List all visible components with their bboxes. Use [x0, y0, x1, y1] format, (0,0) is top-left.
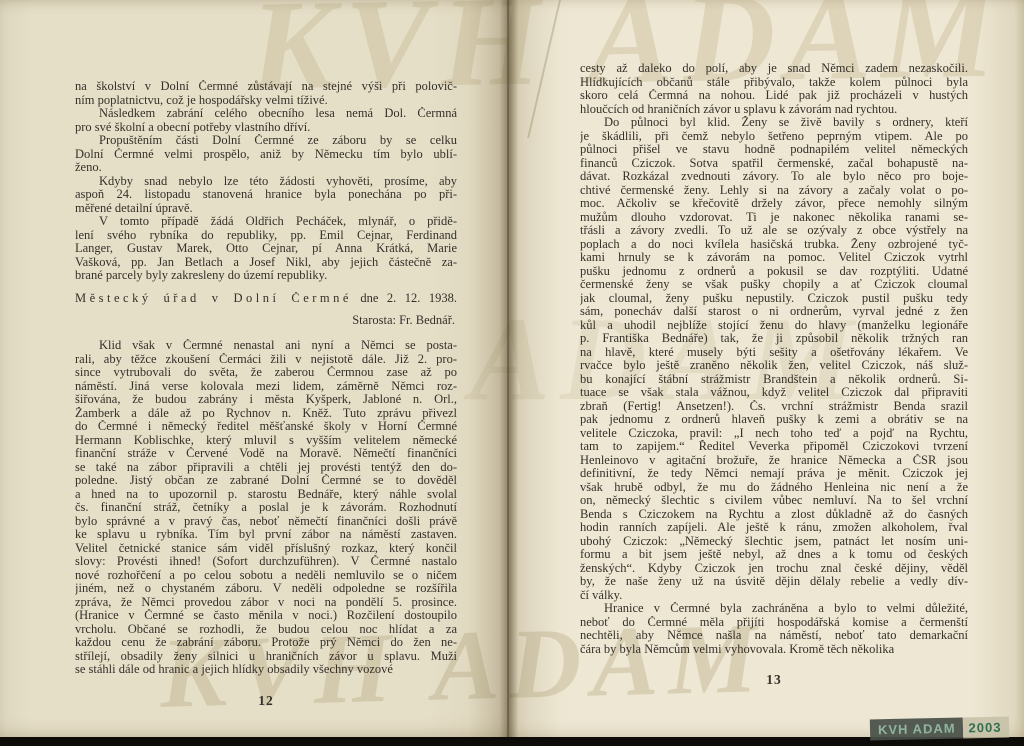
text-line: čí války.: [580, 589, 968, 603]
text-line: Langer, Gustav Marek, Otto Cejnar, pí An…: [75, 242, 457, 256]
text-line: financů Cziczok. Sotva spatřil čermenské…: [580, 157, 968, 171]
office-dateline: Městecký úřad v Dolní Čermné dne 2. 12. …: [75, 292, 457, 307]
text-line: brané parcely byly zakresleny do území r…: [75, 269, 457, 283]
text-line: slovy: Provésti ihned! (Sofort durchzufü…: [75, 555, 457, 569]
text-line: rvačce bylo ještě zraněno několik žen, v…: [580, 359, 968, 373]
text-line: pro své školní a obecní potřeby vlastníh…: [75, 121, 457, 135]
text-line: čermenské ženy se však pušky chopily a a…: [580, 278, 968, 292]
signature-line: Starosta: Fr. Bednář.: [75, 314, 457, 328]
text-line: Klid však v Čermné nenastal ani nyní a N…: [75, 339, 457, 353]
text-line: náměstí. Jiná verse kolovala mezi lidem,…: [75, 380, 457, 394]
text-line: jak cloumal, ženy pušku nepustily. Czicz…: [580, 292, 968, 306]
text-line: třásli a závory zvedli. To už ale se ozý…: [580, 224, 968, 238]
text-line: velitele Cziczoka, pravil: „I nech toho …: [580, 427, 968, 441]
right-page: cesty až daleko do polí, aby je snad Něm…: [508, 0, 1024, 738]
text-line: do Čermné i německý ředitel měšťanské šk…: [75, 420, 457, 434]
text-line: definitivní, že tedy Němci nemají práva …: [580, 467, 968, 481]
text-line: cesty až daleko do polí, aby je snad Něm…: [580, 62, 968, 76]
text-line: Do půlnoci byl klid. Ženy se živě bavily…: [580, 116, 968, 130]
text-line: Žamberk a dále až po Rychnov n. Kněž. Tu…: [75, 407, 457, 421]
paragraph: Kdyby snad nebylo lze této žádosti vyhov…: [75, 175, 457, 216]
text-line: since vytrubovali do světa, že zaberou Č…: [75, 366, 457, 380]
text-line: na školství v Dolní Čermné zůstávají na …: [75, 80, 457, 94]
text-line: finanční stráže v Červené Vodě na Moravě…: [75, 447, 457, 461]
text-line: skoro celá Čermná na nohou. Lidé pak již…: [580, 89, 968, 103]
stamp-owner-text: KVH ADAM: [869, 718, 962, 741]
text-line: Kdyby snad nebylo lze této žádosti vyhov…: [75, 175, 457, 189]
text-line: Hermann Koblischke, který mluvil s vyšší…: [75, 434, 457, 448]
text-line: Benda s Cziczokem na Rychtu a zlost důkl…: [580, 508, 968, 522]
text-line: chtivé čermenské ženy. Lehly si na závor…: [580, 184, 968, 198]
text-line: lení svého rybníka do republiky, pp. Emi…: [75, 229, 457, 243]
text-line: Vašková, pp. Jan Betlach a Josef Nikl, a…: [75, 256, 457, 270]
text-line: bu konající štábní strážmistr Brandštein…: [580, 373, 968, 387]
text-line: se stáhli dále od hranic a jejich hlídky…: [75, 663, 457, 677]
page-number: 12: [75, 694, 457, 708]
left-page-text-column: na školství v Dolní Čermné zůstávají na …: [75, 80, 457, 707]
text-line: (Hranice v Čermné se často měnila v noci…: [75, 609, 457, 623]
text-line: jiném, než o chystaném záboru. V neděli …: [75, 582, 457, 596]
paragraph: Následkem zabrání celého obecního lesa n…: [75, 107, 457, 134]
text-line: formu a bit jsem ještě nebyl, až dnes a …: [580, 548, 968, 562]
text-line: Dolní Čermné velmi prospělo, aniž by Něm…: [75, 148, 457, 162]
text-line: pak jednomu z ordnerů hlaveň pušky k zem…: [580, 413, 968, 427]
text-line: střílejí, obsadily ženy silnici u hranič…: [75, 650, 457, 664]
text-line: bylo správné a v pravý čas, neboť němečt…: [75, 515, 457, 529]
paragraph: Hranice v Čermné byla zachráněna a bylo …: [580, 602, 968, 656]
text-line: se také na zábor připravili a chtěli jej…: [75, 461, 457, 475]
text-line: tam to zapijem.“ Ředitel Veverka připomě…: [580, 440, 968, 454]
text-line: Hlídkujících občanů stále přibývalo, tak…: [580, 76, 968, 90]
text-line: a hned na to upozornil p. starostu Bedná…: [75, 488, 457, 502]
text-line: rali, aby těžce zkoušení Čermáci žili v …: [75, 353, 457, 367]
text-line: neboť do Čermné měla přijíti hospodářská…: [580, 616, 968, 630]
text-line: by, že naše ženy už na úsvitě dějin děla…: [580, 575, 968, 589]
text-line: na hlavě, které musely býti sešity a oše…: [580, 346, 968, 360]
text-line: hodin ranních zapíjeli. Ale ještě k ránu…: [580, 521, 968, 535]
text-line: šiřována, že budou zabrány i města Kyšpe…: [75, 393, 457, 407]
text-line: však hrubě odbyl, že mu do žádného Henle…: [580, 481, 968, 495]
text-line: vrcholu. Občané se rozhodli, že budou ce…: [75, 623, 457, 637]
text-line: měřené detailní úpravě.: [75, 202, 457, 216]
text-line: kůl a uhodil nejblíže stojící ženu do hl…: [580, 319, 968, 333]
paragraph: Klid však v Čermné nenastal ani nyní a N…: [75, 339, 457, 677]
text-line: nové rozhořčení a po celou sobotu a nedě…: [75, 569, 457, 583]
left-page: na školství v Dolní Čermné zůstávají na …: [0, 0, 508, 738]
text-line: poledne. Jistý občan ze zabrané Dolní Če…: [75, 474, 457, 488]
text-line: zpráva, že Němci provedou zábor v noci n…: [75, 596, 457, 610]
text-line: poplach a do noci kvílela hasičská trubk…: [580, 238, 968, 252]
text-line: hloučcích od hraničních závor u splavu k…: [580, 103, 968, 117]
text-line: ke splavu u rybníka. Tím byl první zábor…: [75, 528, 457, 542]
text-line: moc. Ačkoliv se křečovitě držely závor, …: [580, 197, 968, 211]
text-line: tuace se však stala vážnou, když velitel…: [580, 386, 968, 400]
paragraph: V tomto případě žádá Oldřich Pecháček, m…: [75, 215, 457, 283]
text-line: kami hrnuly se k závorám na pomoc. Velit…: [580, 251, 968, 265]
text-line: ženo.: [75, 161, 457, 175]
text-line: zbraň (Fertig! Ansetzen!). Čs. vrchní st…: [580, 400, 968, 414]
paragraph: na školství v Dolní Čermné zůstávají na …: [75, 80, 457, 107]
text-line: aspoň 24. listopadu stanovená hranice by…: [75, 188, 457, 202]
text-line: Hranice v Čermné byla zachráněna a bylo …: [580, 602, 968, 616]
collection-stamp: KVH ADAM 2003: [869, 717, 1008, 741]
paragraph: Propuštěním části Dolní Čermné ze záboru…: [75, 134, 457, 175]
paragraph: cesty až daleko do polí, aby je snad Něm…: [580, 62, 968, 116]
text-line: dávat. Rozkázal zvednouti závory. To ale…: [580, 170, 968, 184]
text-line: půlnoci přišel ve stavu hodně podnapilém…: [580, 143, 968, 157]
text-line: on, německý šlechtic s civilem vůbec nem…: [580, 494, 968, 508]
right-page-text-column: cesty až daleko do polí, aby je snad Něm…: [580, 62, 968, 687]
book-spread-scan: KVH ADAM ADAM KVH ADAM na školství v Dol…: [0, 0, 1024, 746]
text-line: ubohý Cziczok: „Německý šlechtic jsem, p…: [580, 535, 968, 549]
text-line: ženských“. Kdyby Cziczok jen trochu znal…: [580, 562, 968, 576]
text-line: Henleinovo v agitační brožuře, že hranic…: [580, 454, 968, 468]
text-line: je škádlili, při čemž nebylo šetřeno pep…: [580, 130, 968, 144]
text-line: p. Františka Bednáře) tak, že ji způsobi…: [580, 332, 968, 346]
text-line: V tomto případě žádá Oldřich Pecháček, m…: [75, 215, 457, 229]
text-line: nechtěli, aby Němce našla na náměstí, ne…: [580, 629, 968, 643]
text-line: Následkem zabrání celého obecního lesa n…: [75, 107, 457, 121]
office-date-text: dne 2. 12. 1938.: [360, 292, 457, 305]
text-line: čára by byla Němcům velmi vyhovovala. Kr…: [580, 643, 968, 657]
office-name-text: Městecký úřad v Dolní Čermné: [75, 292, 352, 305]
paragraph: Do půlnoci byl klid. Ženy se živě bavily…: [580, 116, 968, 602]
text-line: ním poplatnictvu, což je hospodářsky vel…: [75, 94, 457, 108]
text-line: Velitel četnické stanice sám viděl přísl…: [75, 542, 457, 556]
stamp-year-text: 2003: [962, 717, 1008, 739]
text-line: Propuštěním části Dolní Čermné ze záboru…: [75, 134, 457, 148]
text-line: pušku jednomu z ordnerů a pokusil se dav…: [580, 265, 968, 279]
text-line: čs. finanční stráž, četníky a poslal je …: [75, 501, 457, 515]
text-line: mužům dlouho vzdorovat. Ti je nakonec ně…: [580, 211, 968, 225]
text-line: každou cenu že zabrání záboru. Protože p…: [75, 636, 457, 650]
page-number: 13: [580, 673, 968, 687]
text-line: sám, ponecháv další starost o ni ordnerů…: [580, 305, 968, 319]
